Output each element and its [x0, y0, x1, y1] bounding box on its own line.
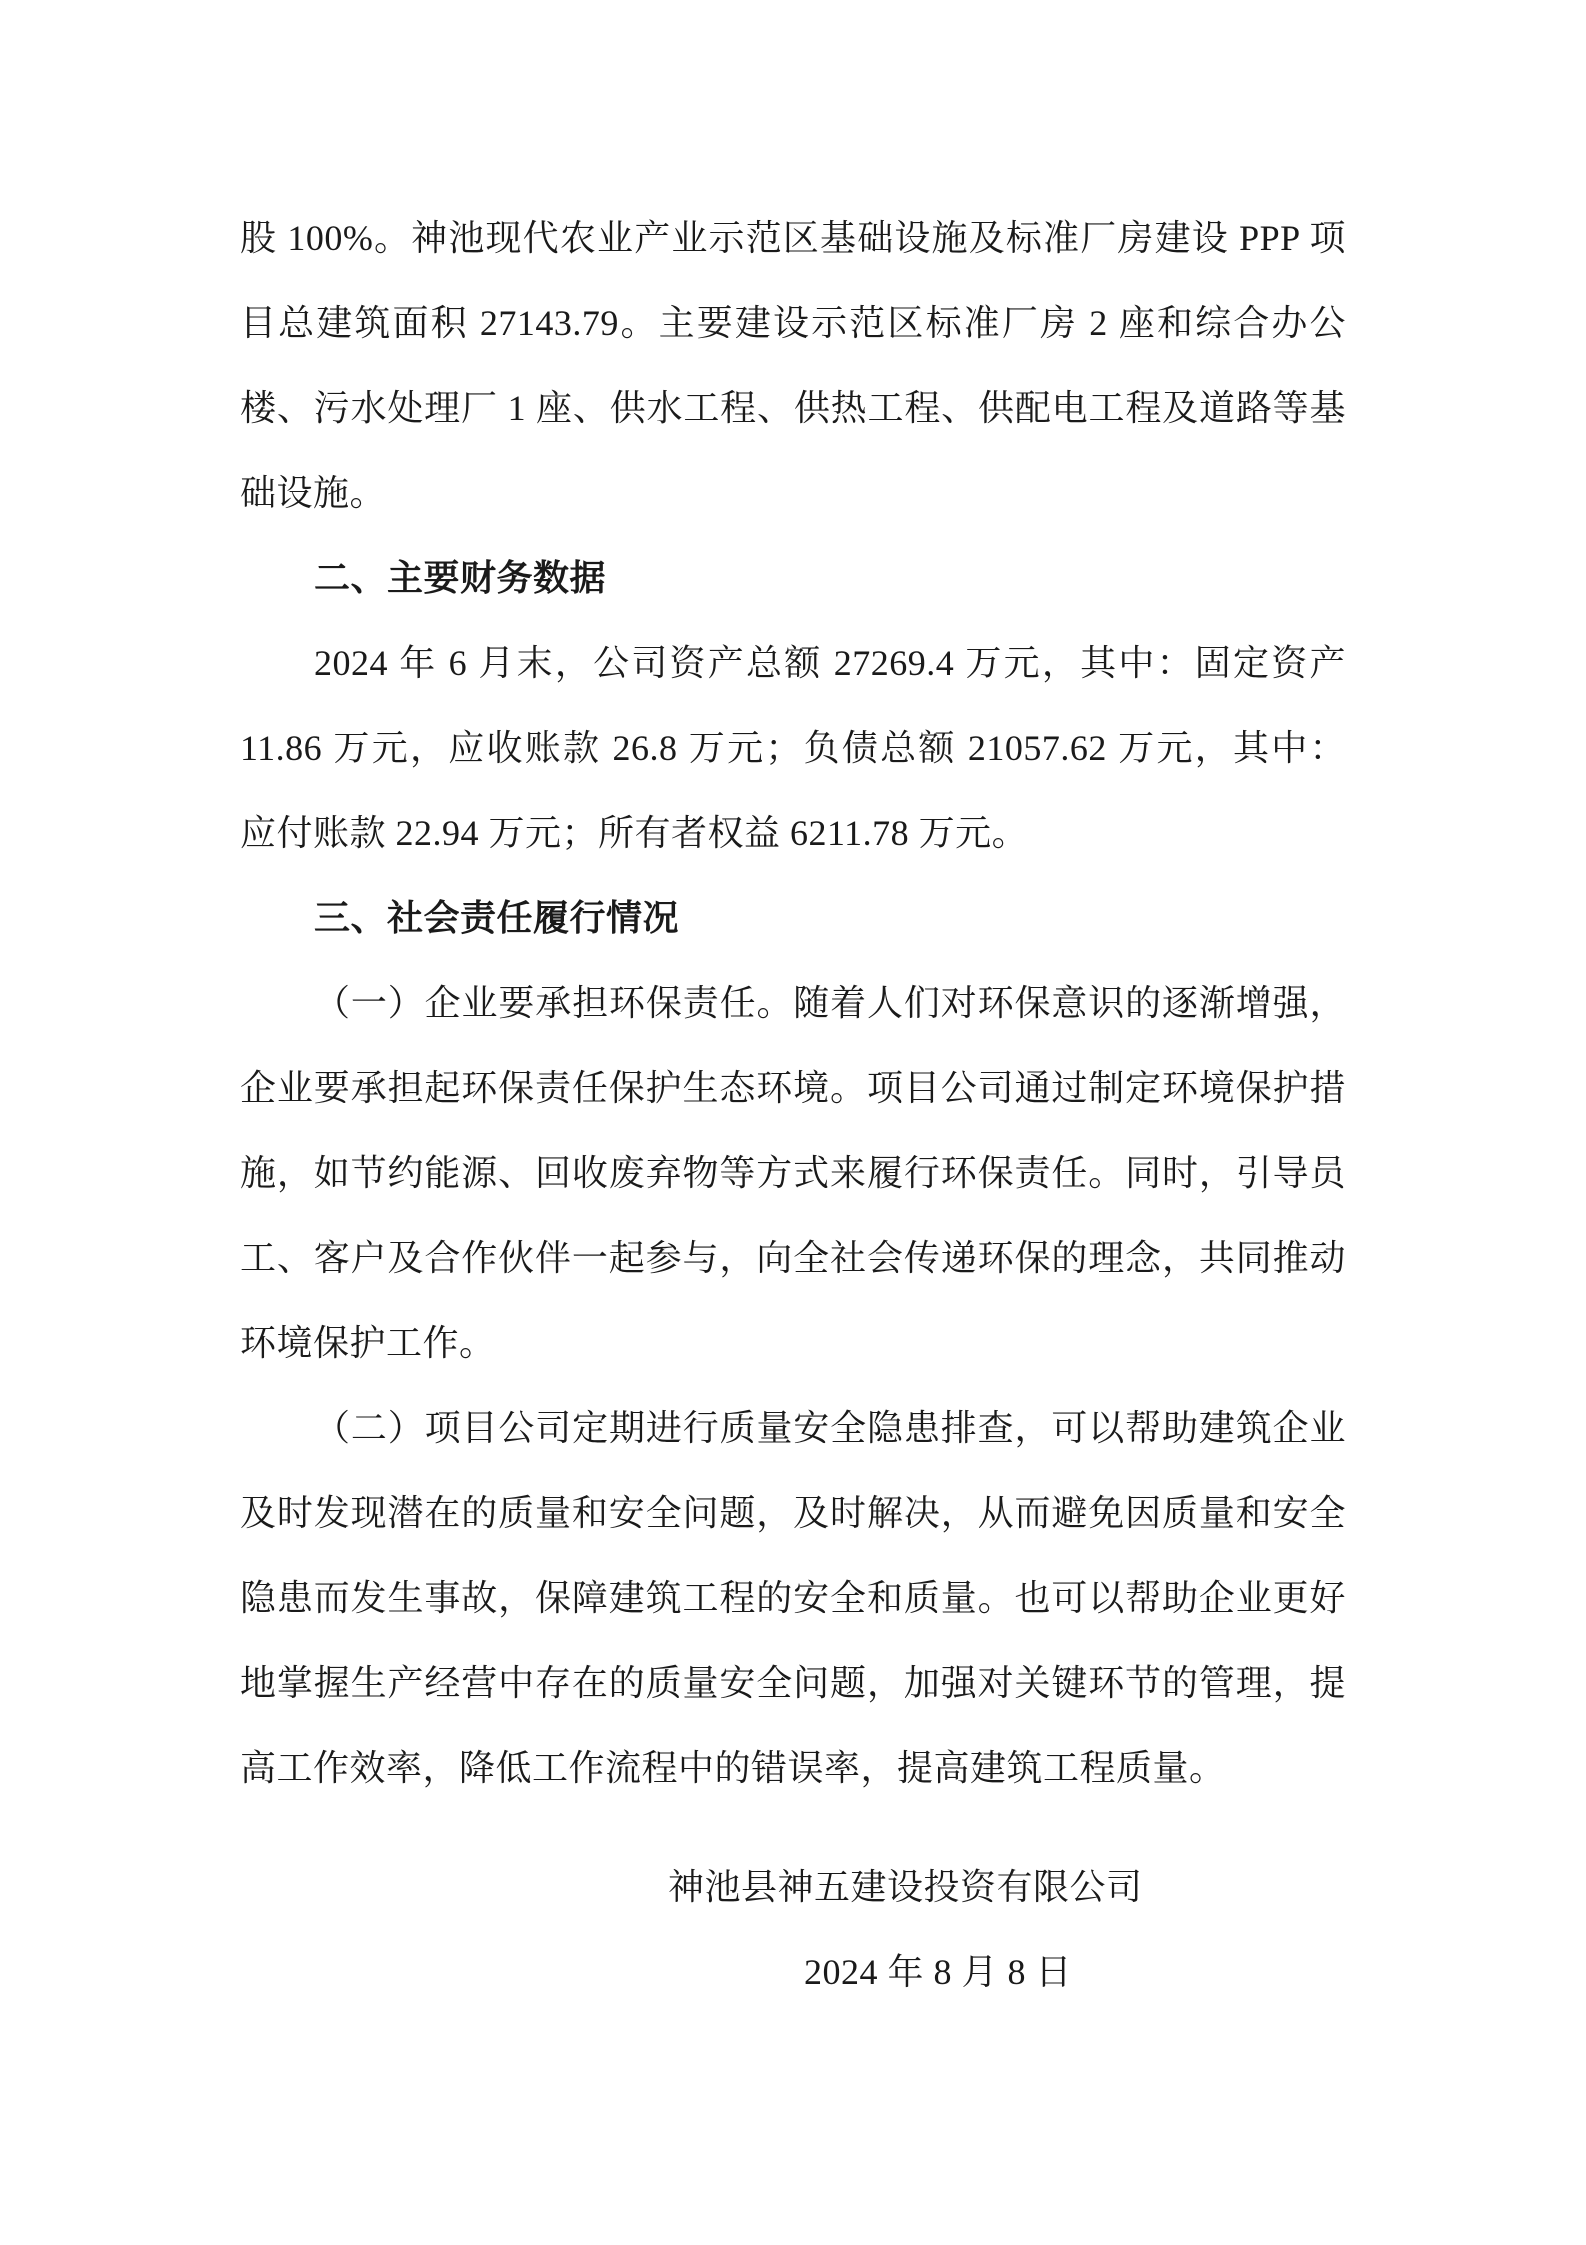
text-line: 目总建筑面积 27143.79。主要建设示范区标准厂房 2 座和综合办公: [240, 281, 1346, 366]
signature-company: 神池县神五建设投资有限公司: [668, 1845, 1346, 1930]
document-body: 股 100%。神池现代农业产业示范区基础设施及标准厂房建设 PPP 项目总建筑面…: [240, 196, 1346, 2015]
section-heading: 三、社会责任履行情况: [240, 876, 1346, 961]
text-line: 应付账款 22.94 万元；所有者权益 6211.78 万元。: [240, 791, 1346, 876]
text-line: 股 100%。神池现代农业产业示范区基础设施及标准厂房建设 PPP 项: [240, 196, 1346, 281]
signature-date: 2024 年 8 月 8 日: [804, 1930, 1346, 2015]
text-line: （一）企业要承担环保责任。随着人们对环保意识的逐渐增强，: [240, 961, 1346, 1046]
text-line: 高工作效率，降低工作流程中的错误率，提高建筑工程质量。: [240, 1726, 1346, 1811]
text-line: 及时发现潜在的质量和安全问题，及时解决，从而避免因质量和安全: [240, 1471, 1346, 1556]
text-line: 地掌握生产经营中存在的质量安全问题，加强对关键环节的管理，提: [240, 1641, 1346, 1726]
text-line: （二）项目公司定期进行质量安全隐患排查，可以帮助建筑企业: [240, 1386, 1346, 1471]
document-page: 股 100%。神池现代农业产业示范区基础设施及标准厂房建设 PPP 项目总建筑面…: [0, 0, 1586, 2245]
text-line: 施，如节约能源、回收废弃物等方式来履行环保责任。同时，引导员: [240, 1131, 1346, 1216]
section-heading: 二、主要财务数据: [240, 536, 1346, 621]
text-line: 11.86 万元，应收账款 26.8 万元；负债总额 21057.62 万元，其…: [240, 706, 1346, 791]
text-line: 2024 年 6 月末，公司资产总额 27269.4 万元，其中：固定资产: [240, 621, 1346, 706]
text-line: 础设施。: [240, 451, 1346, 536]
text-line: 楼、污水处理厂 1 座、供水工程、供热工程、供配电工程及道路等基: [240, 366, 1346, 451]
text-line: 隐患而发生事故，保障建筑工程的安全和质量。也可以帮助企业更好: [240, 1556, 1346, 1641]
signature-spacer: [240, 1811, 1346, 1845]
text-line: 企业要承担起环保责任保护生态环境。项目公司通过制定环境保护措: [240, 1046, 1346, 1131]
text-line: 环境保护工作。: [240, 1301, 1346, 1386]
text-line: 工、客户及合作伙伴一起参与，向全社会传递环保的理念，共同推动: [240, 1216, 1346, 1301]
